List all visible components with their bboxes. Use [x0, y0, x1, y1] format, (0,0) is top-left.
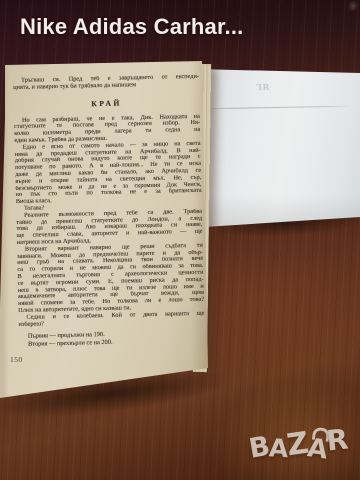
page-crease-line — [198, 106, 353, 110]
book-heading: КРАЙ — [14, 96, 200, 109]
listing-title: Nike Adidas Carhar... — [20, 14, 243, 40]
book-right-page: ЯГ — [193, 62, 360, 232]
glare-speck — [346, 0, 360, 13]
listing-photo-viewer[interactable]: ЯГ Тръгваш си. Пред теб е завръщането от… — [0, 0, 360, 480]
book-page-number: 150 — [10, 355, 23, 364]
watermark-letter: A — [268, 435, 288, 461]
show-through-text: ЯГ — [255, 82, 270, 93]
book-choices: Първия — продължи на 190.Втория — прехвъ… — [19, 329, 205, 348]
book-text-before-heading: Тръгваш си. Пред теб е завръщането от ек… — [13, 74, 199, 92]
book-left-page: Тръгваш си. Пред теб е завръщането от ек… — [0, 56, 212, 402]
book-text-after-heading: Но сам разбираш, че не е така, Дик. Нахо… — [14, 113, 205, 328]
book-text: Тръгваш си. Пред теб е завръщането от ек… — [13, 74, 205, 348]
bazar-watermark: BAZAR — [249, 428, 348, 461]
watermark-letter: A — [305, 435, 328, 463]
watermark-letter: R — [325, 426, 348, 456]
